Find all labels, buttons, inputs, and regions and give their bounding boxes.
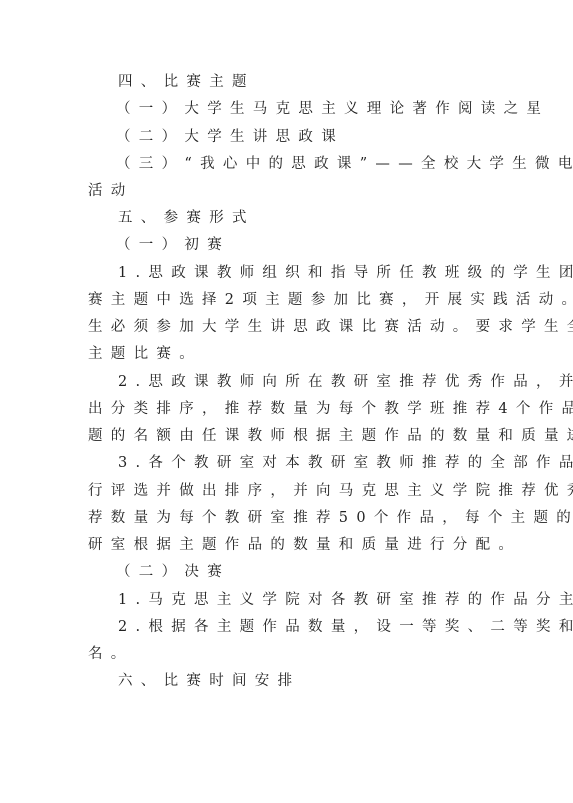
paragraph-text: 赛主题中选择2项主题参加比赛，开展实践活动。其中，师范	[88, 290, 488, 310]
theme-item-3-continued: 活动	[88, 181, 488, 201]
paragraph-text: 生必须参加大学生讲思政课比赛活动。要求学生全员参与2项	[88, 317, 488, 337]
paragraph-text: 2.思政课教师向所在教研室推荐优秀作品，并对作品做	[118, 372, 518, 392]
paragraph-text: 出分类排序，推荐数量为每个教学班推荐4个作品，每个主	[88, 399, 488, 419]
subheading-final: （二）决赛	[116, 562, 516, 582]
theme-item-3: （三）“我心中的思政课”——全校大学生微电影展示	[116, 154, 516, 174]
paragraph-text: 研室根据主题作品的数量和质量进行分配。	[88, 535, 488, 555]
section-heading-schedule: 六、比赛时间安排	[118, 671, 518, 691]
paragraph-text: 主题比赛。	[88, 344, 488, 364]
paragraph-text: 2.根据各主题作品数量，设一等奖、二等奖和三等奖若干	[118, 617, 518, 637]
paragraph-text: 1.马克思主义学院对各教研室推荐的作品分主题进行评选。	[118, 590, 518, 610]
theme-item-1: （一）大学生马克思主义理论著作阅读之星	[116, 99, 516, 119]
paragraph-text: 荐数量为每个教研室推荐50个作品，每个主题的名额由各教	[88, 508, 488, 528]
section-heading-participation-format: 五、参赛形式	[118, 208, 518, 228]
paragraph-text: 3.各个教研室对本教研室教师推荐的全部作品分主题进	[118, 453, 518, 473]
paragraph-text: 名。	[88, 644, 488, 664]
subheading-preliminary: （一）初赛	[116, 235, 516, 255]
document-page: 四、比赛主题 （一）大学生马克思主义理论著作阅读之星 （二）大学生讲思政课 （三…	[0, 0, 573, 803]
paragraph-text: 1.思政课教师组织和指导所任教班级的学生团队从3项比	[118, 263, 518, 283]
theme-item-2: （二）大学生讲思政课	[116, 127, 516, 147]
paragraph-text: 题的名额由任课教师根据主题作品的数量和质量进行分配。	[88, 426, 488, 446]
section-heading-competition-themes: 四、比赛主题	[118, 72, 518, 92]
paragraph-text: 行评选并做出排序，并向马克思主义学院推荐优秀作品，推	[88, 481, 488, 501]
